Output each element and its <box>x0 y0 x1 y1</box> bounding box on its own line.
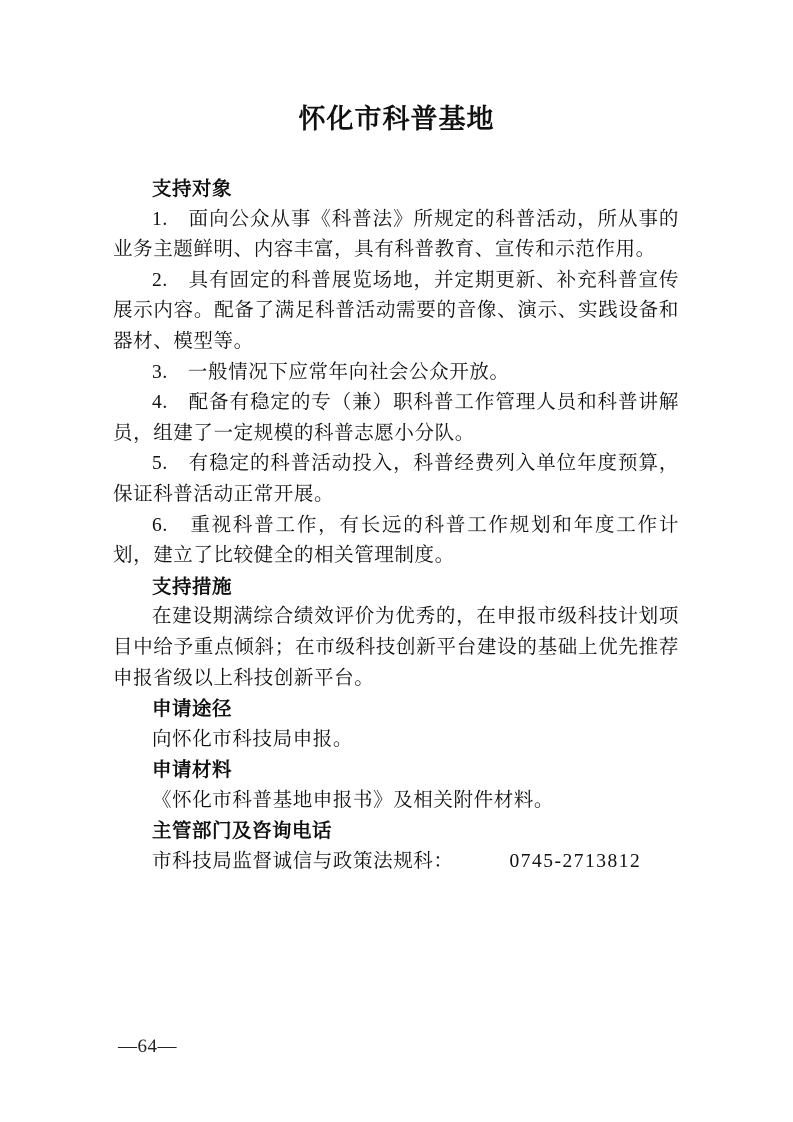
support-target-item-2: 2. 具有固定的科普展览场地，并定期更新、补充科普宣传展示内容。配备了满足科普活… <box>113 266 679 358</box>
section-heading-application-channel: 申请途径 <box>113 694 679 725</box>
application-channel-paragraph: 向怀化市科技局申报。 <box>113 725 679 756</box>
support-target-item-3: 3. 一般情况下应常年向社会公众开放。 <box>113 358 679 389</box>
section-heading-support-targets: 支持对象 <box>113 174 679 205</box>
section-heading-support-measures: 支持措施 <box>113 572 679 603</box>
document-title: 怀化市科普基地 <box>0 0 793 138</box>
contact-department: 市科技局监督诚信与政策法规科： <box>152 851 454 872</box>
section-heading-department-contact: 主管部门及咨询电话 <box>113 816 679 847</box>
support-target-item-4: 4. 配备有稳定的专（兼）职科普工作管理人员和科普讲解员，组建了一定规模的科普志… <box>113 388 679 449</box>
contact-line: 市科技局监督诚信与政策法规科：0745-2713812 <box>113 847 679 878</box>
page-number: —64— <box>118 1035 177 1059</box>
section-heading-application-materials: 申请材料 <box>113 755 679 786</box>
document-page: 怀化市科普基地 支持对象 1. 面向公众从事《科普法》所规定的科普活动，所从事的… <box>0 0 793 1122</box>
contact-phone-number: 0745-2713812 <box>510 851 642 872</box>
application-materials-paragraph: 《怀化市科普基地申报书》及相关附件材料。 <box>113 786 679 817</box>
support-target-item-1: 1. 面向公众从事《科普法》所规定的科普活动，所从事的业务主题鲜明、内容丰富，具… <box>113 205 679 266</box>
document-body: 支持对象 1. 面向公众从事《科普法》所规定的科普活动，所从事的业务主题鲜明、内… <box>113 174 679 878</box>
support-measures-paragraph: 在建设期满综合绩效评价为优秀的，在申报市级科技计划项目中给予重点倾斜；在市级科技… <box>113 602 679 694</box>
support-target-item-5: 5. 有稳定的科普活动投入，科普经费列入单位年度预算，保证科普活动正常开展。 <box>113 449 679 510</box>
support-target-item-6: 6. 重视科普工作，有长远的科普工作规划和年度工作计划，建立了比较健全的相关管理… <box>113 511 679 572</box>
